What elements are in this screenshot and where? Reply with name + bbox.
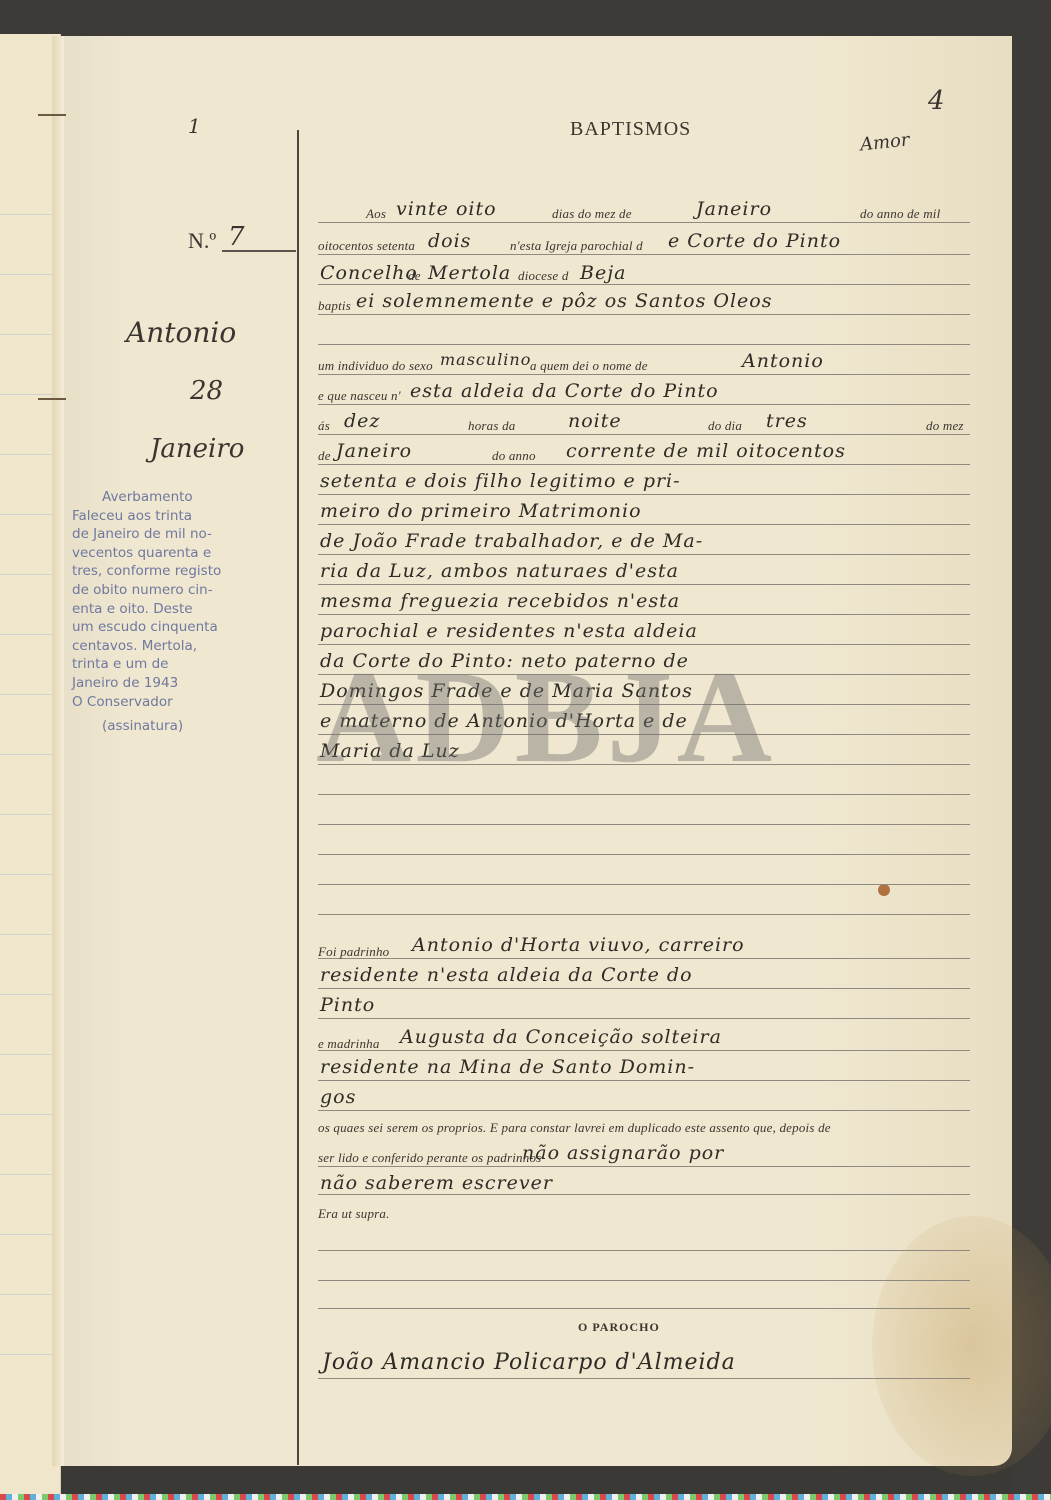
margin-birth-month: Janeiro: [150, 434, 244, 464]
council-label: Concelho: [320, 262, 418, 284]
annotation-heading: Averbamento: [72, 488, 294, 507]
printed-text: Foi padrinho: [318, 944, 389, 960]
baptism-day: vinte oito: [396, 198, 497, 220]
annotation-line: Janeiro de 1943: [72, 674, 294, 693]
birth-month: Janeiro: [336, 440, 412, 462]
entry-number-underline: [222, 250, 296, 252]
printed-text: oitocentos setenta: [318, 238, 415, 254]
printed-text: diocese d: [518, 268, 569, 284]
parish-name: e Corte do Pinto: [668, 230, 841, 252]
binding-stitch: [38, 114, 66, 116]
archive-watermark: ADBJA: [316, 640, 776, 793]
printed-text: dias do mez de: [552, 206, 632, 222]
printed-text: e madrinha: [318, 1036, 380, 1052]
body-line: mesma freguezia recebidos n'esta: [320, 590, 680, 612]
diocese-name: Beja: [580, 262, 626, 284]
baptism-month: Janeiro: [696, 198, 772, 220]
annotation-line: enta e oito. Deste: [72, 600, 294, 619]
water-stain: [872, 1216, 1051, 1476]
parish-priest-signature: João Amancio Policarpo d'Almeida: [322, 1350, 736, 1375]
baptism-rite: ei solemnemente e pôz os Santos Oleos: [356, 290, 772, 312]
printed-text: de: [318, 448, 331, 464]
printed-text: do anno de mil: [860, 206, 940, 222]
birth-place: esta aldeia da Corte do Pinto: [410, 380, 719, 402]
annotation-line: Faleceu aos trinta: [72, 507, 294, 526]
body-line: setenta e dois filho legitimo e pri-: [320, 470, 681, 492]
printed-text: do dia: [708, 418, 742, 434]
body-line: ria da Luz, ambos naturaes d'esta: [320, 560, 679, 582]
printed-text: baptis: [318, 298, 351, 314]
body-line: parochial e residentes n'esta aldeia: [320, 620, 698, 642]
column-divider: [297, 130, 299, 1465]
birth-time-of-day: noite: [568, 410, 622, 432]
council-name: Mertola: [428, 262, 511, 284]
godmother-line: residente na Mina de Santo Domin-: [320, 1056, 695, 1078]
printed-text: ser lido e conferido perante os padrinho…: [318, 1150, 541, 1166]
birth-year: corrente de mil oitocentos: [566, 440, 846, 462]
annotation-line: de Janeiro de mil no-: [72, 525, 294, 544]
annotation-line: de obito numero cin-: [72, 581, 294, 600]
printed-text: e que nasceu n': [318, 388, 401, 404]
baptism-year: dois: [428, 230, 471, 252]
printed-text: a quem dei o nome de: [530, 358, 648, 374]
child-sex: masculino: [440, 350, 531, 369]
signature-label: O PAROCHO: [578, 1320, 660, 1335]
printed-text: ás: [318, 418, 330, 434]
left-margin-mark: 1: [188, 114, 201, 138]
printed-text: horas da: [468, 418, 515, 434]
entry-number-label: N.º: [188, 228, 216, 254]
annotation-line: centavos. Mertola,: [72, 637, 294, 656]
birth-day: tres: [766, 410, 808, 432]
annotation-line: O Conservador: [72, 693, 294, 712]
printed-text: n'esta Igreja parochial d: [510, 238, 643, 254]
godfather-line: residente n'esta aldeia da Corte do: [320, 964, 693, 986]
godmother-line: Augusta da Conceição solteira: [400, 1026, 722, 1048]
annotation-line: vecentos quarenta e: [72, 544, 294, 563]
binding-spine: [52, 36, 64, 1466]
printed-text: Aos: [366, 206, 386, 222]
printed-text: um individuo do sexo: [318, 358, 433, 374]
godfather-line: Pinto: [320, 994, 375, 1016]
annotation-line: trinta e um de: [72, 655, 294, 674]
printed-text: do anno: [492, 448, 536, 464]
page-title: BAPTISMOS: [570, 118, 691, 141]
signature-note: não saberem escrever: [320, 1172, 553, 1194]
printed-text: do mez: [926, 418, 964, 434]
ink-spot: [878, 884, 890, 896]
page-number: 4: [928, 86, 945, 116]
binding-stitch: [38, 398, 66, 400]
entry-number: 7: [228, 222, 245, 252]
margin-child-name: Antonio: [126, 316, 236, 349]
margin-annotation: Averbamento Faleceu aos trinta de Janeir…: [72, 488, 294, 736]
godfather-line: Antonio d'Horta viuvo, carreiro: [412, 934, 745, 956]
signature-note: não assignarão por: [522, 1142, 724, 1164]
child-name: Antonio: [742, 350, 824, 372]
annotation-line: tres, conforme registo: [72, 562, 294, 581]
scanner-background-top: [0, 0, 1051, 36]
printed-text: de: [408, 268, 421, 284]
margin-birth-day: 28: [190, 376, 223, 406]
printed-text: os quaes sei serem os proprios. E para c…: [318, 1120, 831, 1136]
annotation-line: um escudo cinquenta: [72, 618, 294, 637]
annotation-signature: (assinatura): [72, 717, 294, 736]
body-line: meiro do primeiro Matrimonio: [320, 500, 642, 522]
body-line: de João Frade trabalhador, e de Ma-: [320, 530, 703, 552]
birth-hour: dez: [344, 410, 380, 432]
godmother-line: gos: [320, 1086, 356, 1108]
color-calibration-strip: [0, 1494, 1051, 1500]
era-ut-supra: Era ut supra.: [318, 1206, 390, 1222]
